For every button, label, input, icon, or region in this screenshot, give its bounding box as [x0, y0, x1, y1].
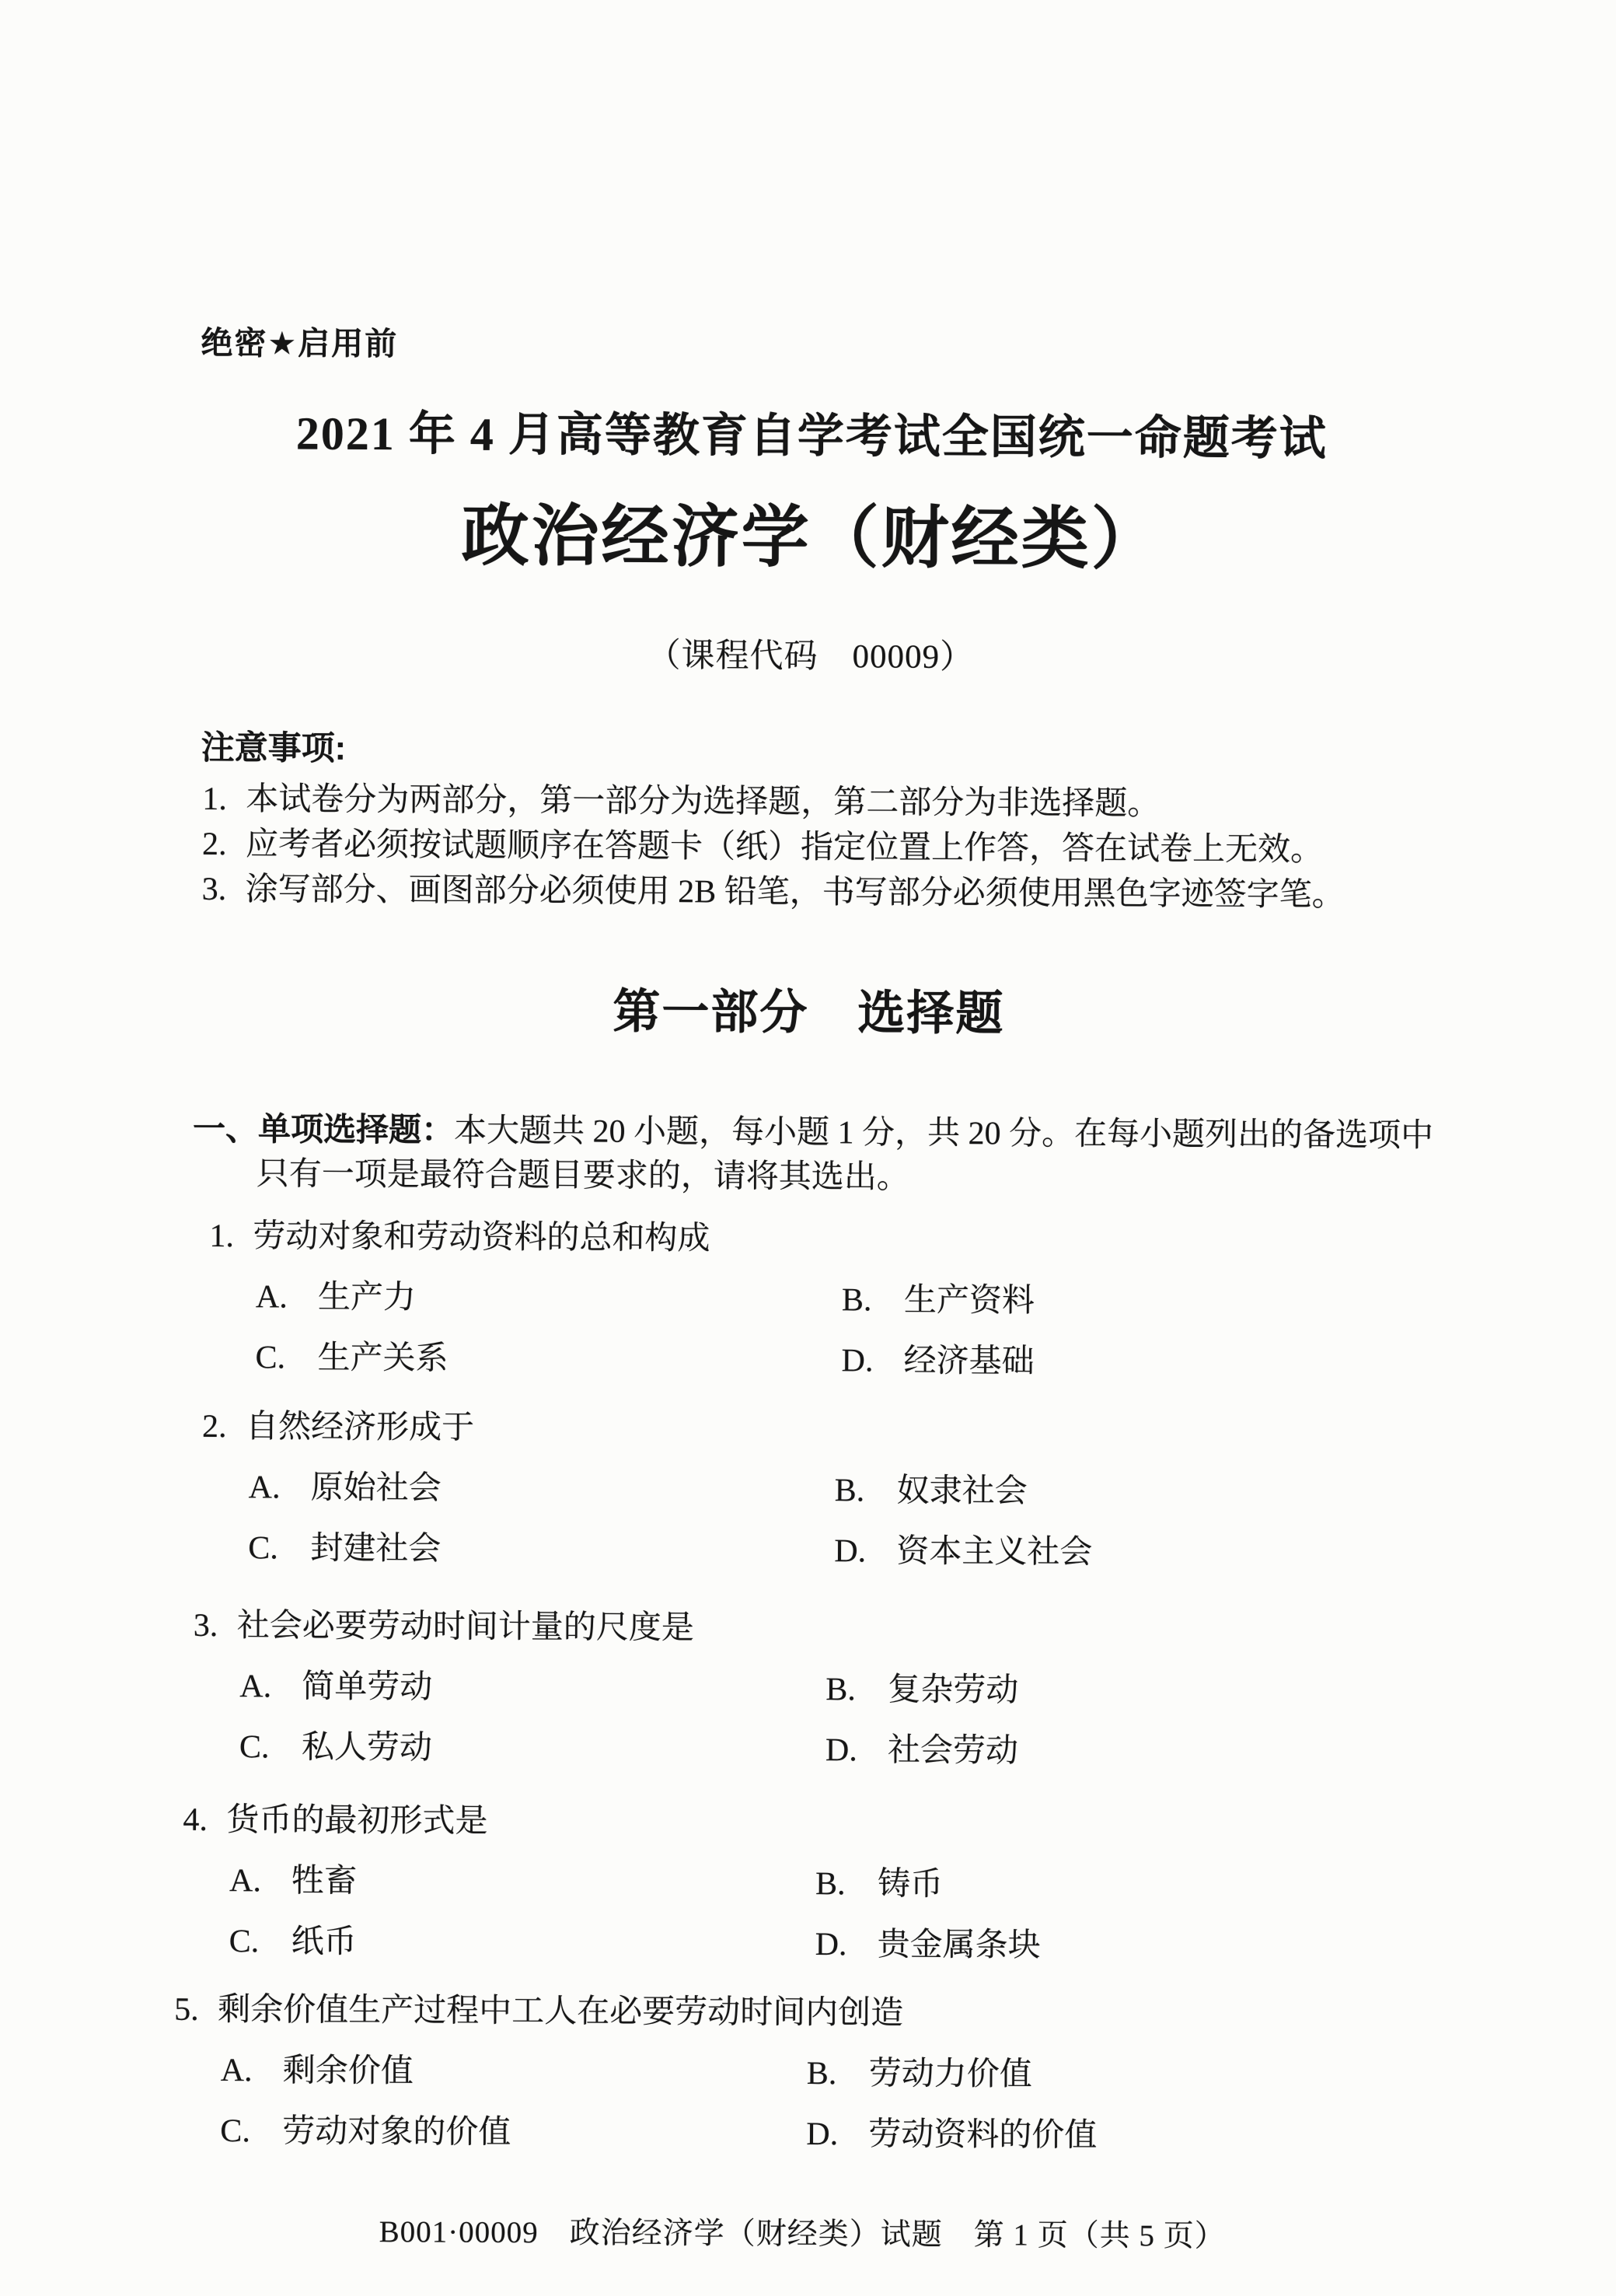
question-stem: 2.自然经济形成于 [202, 1407, 474, 1449]
scanned-sheet: 绝密★启用前 2021 年 4 月高等教育自学考试全国统一命题考试 政治经济学（… [0, 0, 1616, 2296]
option-text: 贵金属条块 [878, 1927, 1041, 1963]
classification-label: 绝密★启用前 [201, 323, 398, 365]
question-stem-text: 自然经济形成于 [246, 1409, 474, 1446]
option-a: A.原始社会 [249, 1467, 442, 1509]
option-label: C. [220, 2111, 282, 2152]
note-text: 应考者必须按试题顺序在答题卡（纸）指定位置上作答，答在试卷上无效。 [246, 824, 1323, 871]
option-text: 私人劳动 [302, 1730, 432, 1767]
question-stem: 3.社会必要劳动时间计量的尺度是 [194, 1606, 694, 1649]
option-label: B. [825, 1669, 888, 1711]
question-item: 2.自然经济形成于 A.原始社会 B.奴隶社会 C.封建社会 D.资本主义社会 [2, 1406, 1616, 1593]
note-number: 1. [202, 779, 246, 820]
option-c: C.劳动对象的价值 [220, 2111, 511, 2153]
option-text: 生产资料 [904, 1283, 1035, 1319]
option-d: D.经济基础 [841, 1340, 1034, 1382]
option-d: D.社会劳动 [825, 1730, 1018, 1772]
notes-heading: 注意事项: [201, 728, 347, 771]
question-stem-text: 社会必要劳动时间计量的尺度是 [237, 1608, 694, 1646]
question-stem-text: 劳动对象和劳动资料的总和构成 [253, 1218, 710, 1256]
option-a: A.剩余价值 [221, 2050, 414, 2092]
option-label: A. [229, 1861, 291, 1902]
option-text: 劳动力价值 [869, 2056, 1032, 2092]
option-text: 生产关系 [317, 1340, 448, 1377]
question-item: 1.劳动对象和劳动资料的总和构成 A.生产力 B.生产资料 C.生产关系 D.经… [9, 1215, 1616, 1403]
question-stem: 5.剩余价值生产过程中工人在必要劳动时间内创造 [174, 1990, 903, 2034]
option-b: B.生产资料 [842, 1280, 1035, 1322]
option-label: B. [842, 1280, 904, 1321]
option-label: C. [239, 1727, 302, 1768]
section-intro-text: 本大题共 20 小题，每小题 1 分，共 20 分。在每小题列出的备选项中 [454, 1113, 1433, 1155]
option-label: C. [229, 1921, 291, 1962]
question-item: 3.社会必要劳动时间计量的尺度是 A.简单劳动 B.复杂劳动 C.私人劳动 D.… [0, 1605, 1611, 1792]
option-d: D.劳动资料的价值 [806, 2114, 1097, 2156]
question-item: 5.剩余价值生产过程中工人在必要劳动时间内创造 A.剩余价值 B.劳动力价值 C… [0, 1988, 1591, 2175]
note-item: 2. 应考者必须按试题顺序在答题卡（纸）指定位置上作答，答在试卷上无效。 [202, 824, 1323, 871]
option-c: C.生产关系 [255, 1337, 448, 1379]
option-label: C. [255, 1337, 317, 1379]
note-text: 涂写部分、画图部分必须使用 2B 铅笔，书写部分必须使用黑色字迹签字笔。 [246, 869, 1345, 916]
note-number: 3. [202, 869, 246, 910]
option-text: 剩余价值 [283, 2053, 414, 2089]
option-label: B. [807, 2053, 869, 2095]
section-intro-line2: 只有一项是最符合题目要求的，请将其选出。 [257, 1154, 909, 1198]
option-text: 复杂劳动 [888, 1672, 1018, 1709]
option-a: A.生产力 [256, 1277, 416, 1319]
option-label: D. [815, 1924, 877, 1966]
option-c: C.纸币 [229, 1921, 357, 1962]
option-label: A. [239, 1666, 302, 1707]
option-label: A. [249, 1467, 311, 1508]
note-text: 本试卷分为两部分，第一部分为选择题，第二部分为非选择题。 [246, 779, 1160, 825]
option-b: B.铸币 [815, 1864, 943, 1905]
option-a: A.牲畜 [229, 1861, 357, 1902]
option-text: 铸币 [878, 1866, 943, 1902]
question-stem: 4.货币的最初形式是 [183, 1800, 487, 1843]
question-stem-text: 货币的最初形式是 [226, 1802, 487, 1840]
option-label: D. [825, 1730, 888, 1771]
exam-paper-page: 绝密★启用前 2021 年 4 月高等教育自学考试全国统一命题考试 政治经济学（… [0, 0, 1616, 2296]
option-label: B. [815, 1864, 878, 1905]
option-label: D. [834, 1531, 896, 1572]
option-text: 经济基础 [903, 1344, 1034, 1380]
exam-session-title: 2021 年 4 月高等教育自学考试全国统一命题考试 [4, 404, 1616, 470]
question-number: 2. [202, 1407, 246, 1448]
question-number: 3. [194, 1606, 237, 1647]
option-text: 劳动资料的价值 [868, 2116, 1097, 2154]
option-text: 资本主义社会 [896, 1534, 1092, 1571]
question-number: 4. [183, 1800, 226, 1841]
note-number: 2. [202, 824, 246, 865]
option-b: B.复杂劳动 [825, 1669, 1018, 1711]
option-b: B.劳动力价值 [807, 2053, 1032, 2095]
option-label: D. [806, 2114, 868, 2155]
option-text: 简单劳动 [302, 1669, 432, 1706]
note-item: 3. 涂写部分、画图部分必须使用 2B 铅笔，书写部分必须使用黑色字迹签字笔。 [202, 869, 1345, 916]
option-text: 牲畜 [291, 1864, 357, 1899]
option-c: C.封建社会 [248, 1528, 441, 1570]
section-type-label: 一、单项选择题： [193, 1110, 454, 1148]
option-text: 奴隶社会 [897, 1473, 1028, 1510]
option-label: D. [841, 1340, 903, 1382]
part1-heading: 第一部分 选择题 [1, 979, 1616, 1047]
option-label: C. [248, 1528, 310, 1569]
question-number: 1. [209, 1216, 253, 1257]
question-stem-text: 剩余价值生产过程中工人在必要劳动时间内创造 [218, 1992, 903, 2032]
option-a: A.简单劳动 [239, 1666, 432, 1708]
question-item: 4.货币的最初形式是 A.牲畜 B.铸币 C.纸币 D.贵金属条块 [0, 1798, 1600, 1986]
option-text: 纸币 [291, 1924, 357, 1960]
option-text: 原始社会 [311, 1470, 442, 1507]
option-b: B.奴隶社会 [835, 1470, 1028, 1512]
option-label: A. [256, 1277, 318, 1318]
note-item: 1. 本试卷分为两部分，第一部分为选择题，第二部分为非选择题。 [202, 779, 1160, 825]
option-text: 封建社会 [310, 1531, 441, 1567]
question-stem: 1.劳动对象和劳动资料的总和构成 [209, 1216, 710, 1260]
option-text: 生产力 [318, 1280, 416, 1316]
option-d: D.贵金属条块 [815, 1924, 1040, 1966]
question-number: 5. [174, 1990, 218, 2031]
exam-title: 政治经济学（财经类） [3, 492, 1616, 585]
option-label: A. [221, 2050, 283, 2092]
option-label: B. [835, 1470, 897, 1511]
section-intro-line1: 一、单项选择题：本大题共 20 小题，每小题 1 分，共 20 分。在每小题列出… [193, 1109, 1433, 1157]
option-c: C.私人劳动 [239, 1727, 432, 1769]
option-text: 劳动对象的价值 [282, 2113, 511, 2151]
page-footer: B001·00009 政治经济学（财经类）试题 第 1 页（共 5 页） [0, 2212, 1611, 2259]
option-text: 社会劳动 [888, 1733, 1018, 1770]
course-code: （课程代码 00009） [2, 632, 1616, 683]
option-d: D.资本主义社会 [834, 1531, 1092, 1573]
